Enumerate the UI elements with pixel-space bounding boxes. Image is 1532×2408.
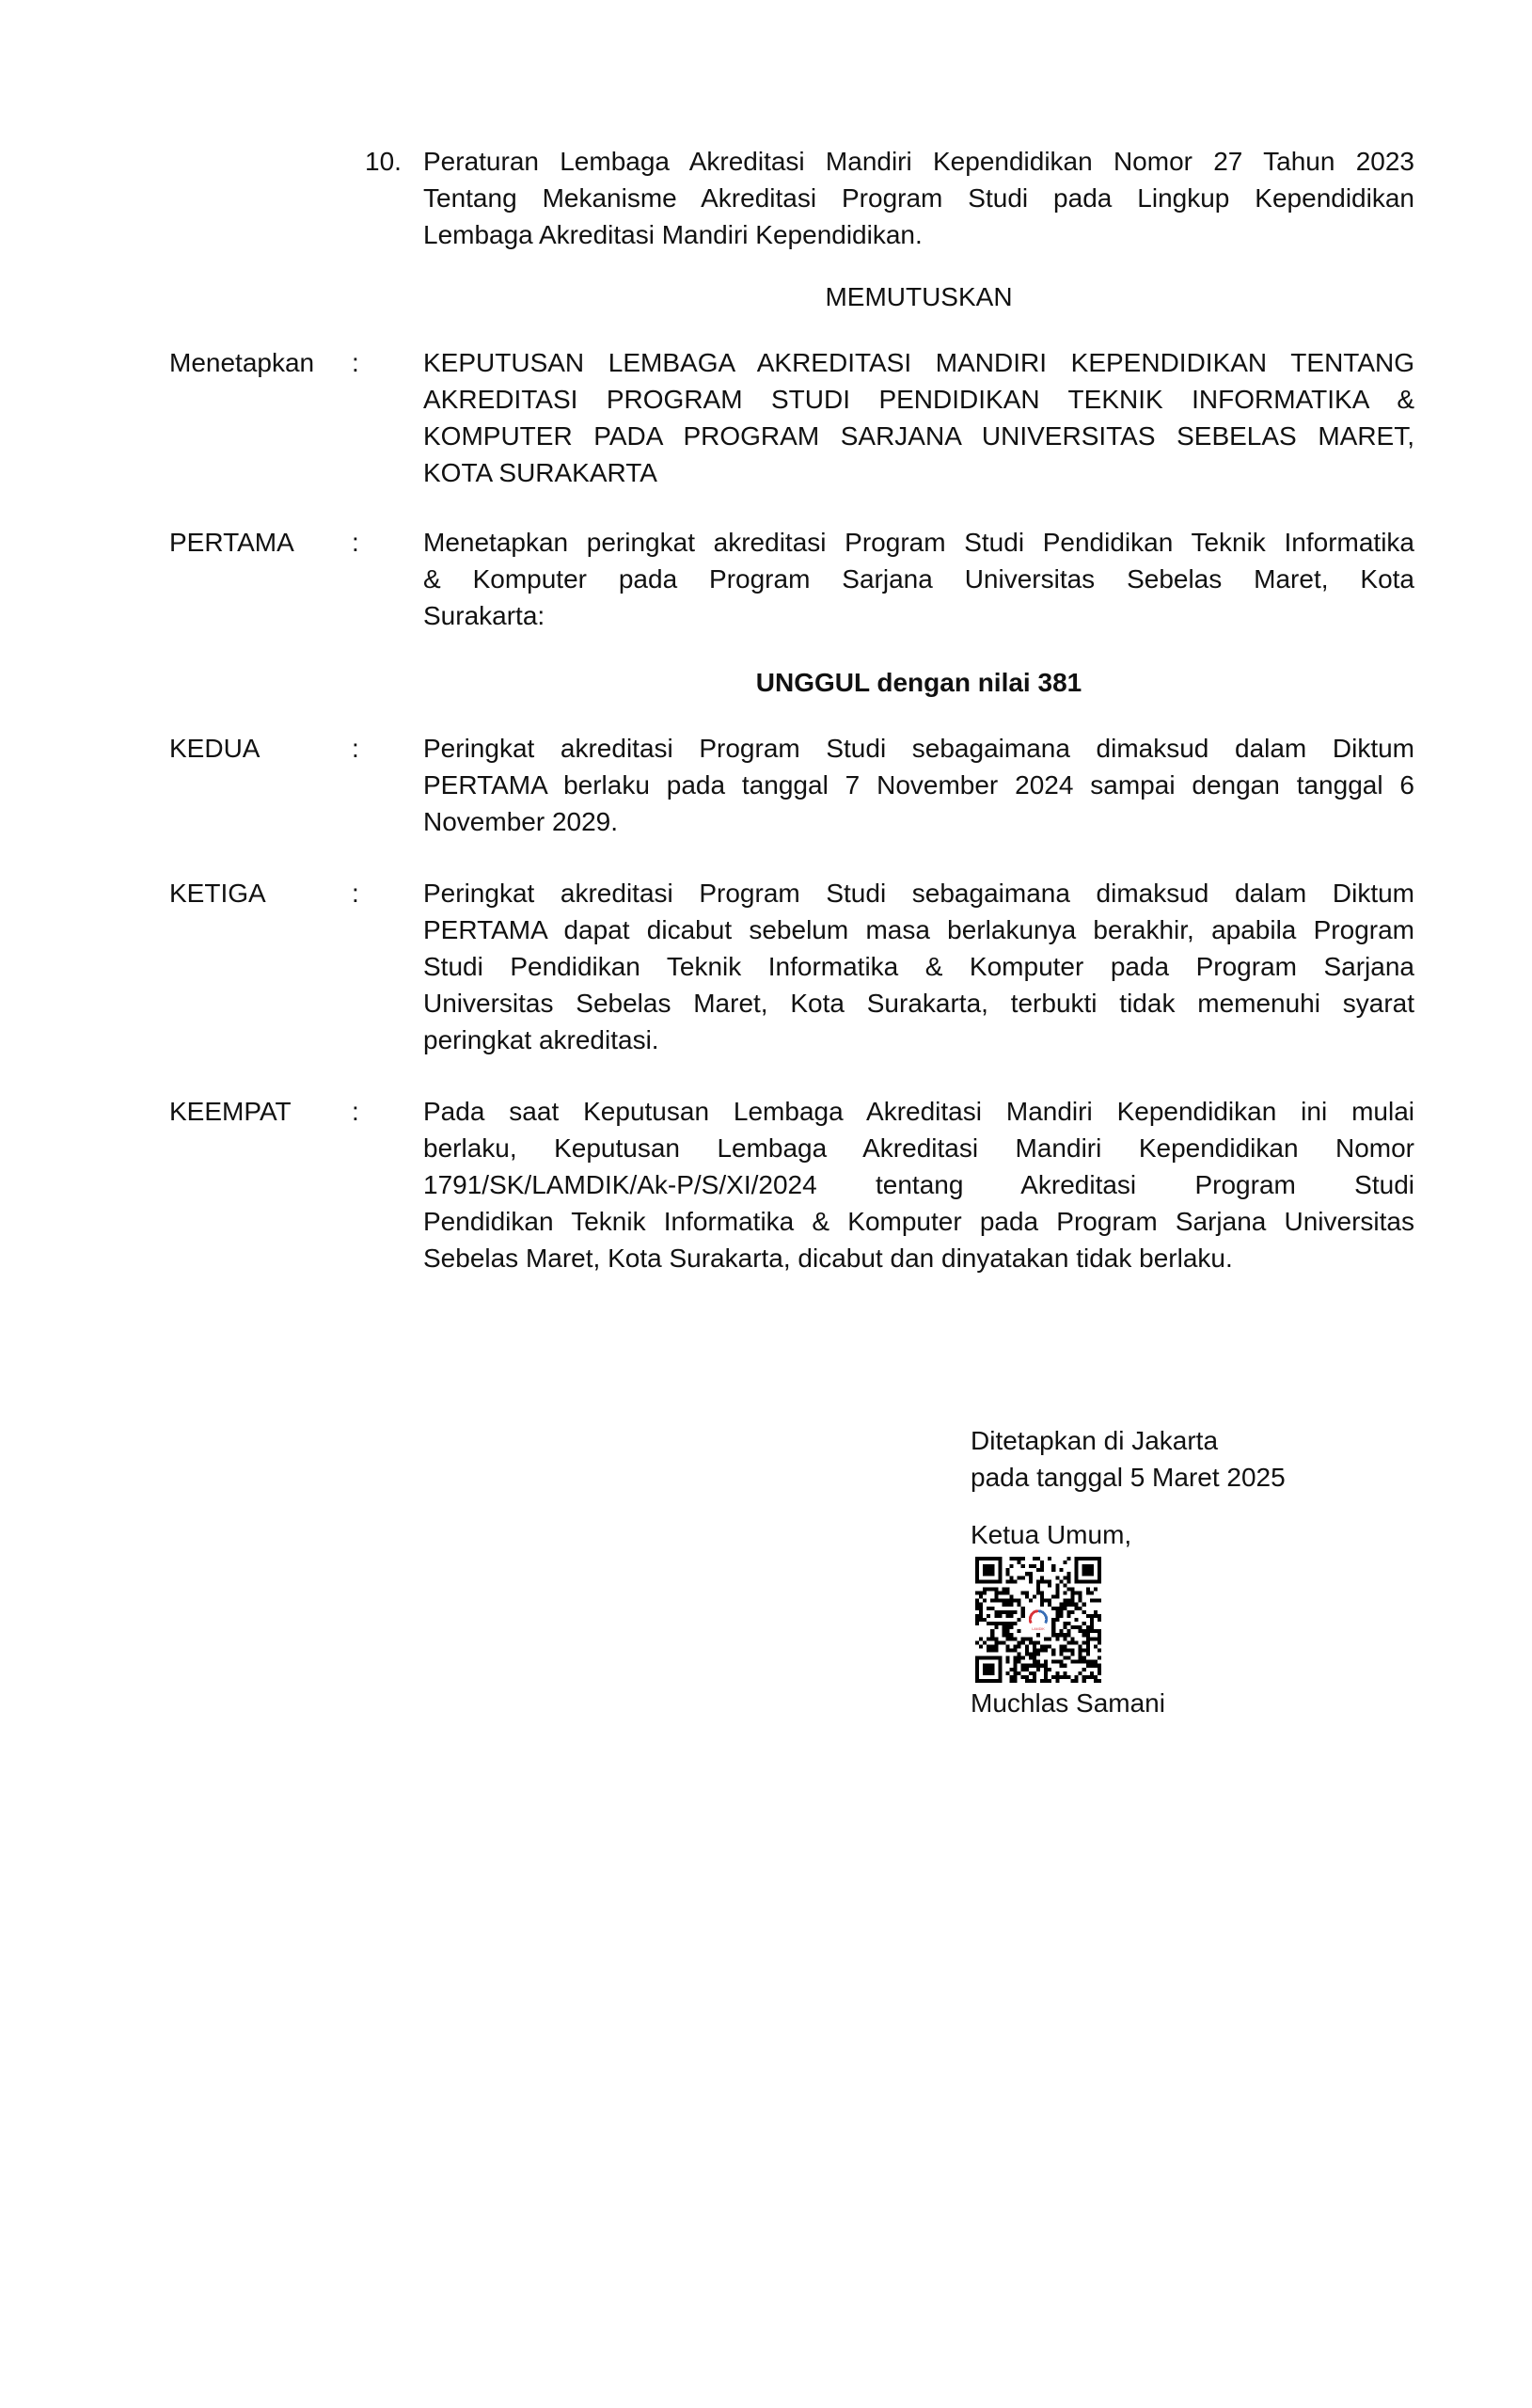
decision-heading: MEMUTUSKAN: [423, 278, 1414, 315]
dictum-label: KEDUA: [169, 730, 348, 767]
dictum-line: berlaku, Keputusan Lembaga Akreditasi Ma…: [423, 1130, 1414, 1166]
signature-place: Ditetapkan di Jakarta: [971, 1422, 1441, 1459]
accreditation-result: UNGGUL dengan nilai 381: [423, 664, 1414, 701]
dictum-kedua: KEDUA : Peringkat akreditasi Program Stu…: [169, 730, 1414, 840]
dictum-line: Studi Pendidikan Teknik Informatika & Ko…: [423, 948, 1414, 985]
reference-line: Peraturan Lembaga Akreditasi Mandiri Kep…: [423, 143, 1414, 180]
reference-number: 10.: [365, 143, 421, 180]
dictum-body: Menetapkan peringkat akreditasi Program …: [423, 524, 1414, 634]
document-page: 10. Peraturan Lembaga Akreditasi Mandiri…: [0, 0, 1532, 2408]
dictum-keempat: KEEMPAT : Pada saat Keputusan Lembaga Ak…: [169, 1093, 1414, 1276]
dictum-line: Menetapkan peringkat akreditasi Program …: [423, 524, 1414, 561]
dictum-colon: :: [352, 1093, 371, 1130]
dictum-label: PERTAMA: [169, 524, 348, 561]
reference-line: Lembaga Akreditasi Mandiri Kependidikan.: [423, 216, 1414, 253]
dictum-label: KEEMPAT: [169, 1093, 348, 1130]
dictum-pertama: PERTAMA : Menetapkan peringkat akreditas…: [169, 524, 1414, 634]
dictum-colon: :: [352, 344, 371, 381]
dictum-line: AKREDITASI PROGRAM STUDI PENDIDIKAN TEKN…: [423, 381, 1414, 418]
dictum-line: KOTA SURAKARTA: [423, 454, 1414, 491]
reference-item-10: 10. Peraturan Lembaga Akreditasi Mandiri…: [365, 143, 1414, 253]
signer-name: Muchlas Samani: [971, 1685, 1441, 1721]
dictum-line: Surakarta:: [423, 597, 1414, 634]
dictum-menetapkan: Menetapkan : KEPUTUSAN LEMBAGA AKREDITAS…: [169, 344, 1414, 491]
dictum-line: KOMPUTER PADA PROGRAM SARJANA UNIVERSITA…: [423, 418, 1414, 454]
qr-code-signature[interactable]: LAMDIK: [975, 1557, 1101, 1683]
dictum-colon: :: [352, 875, 371, 911]
dictum-line: Pada saat Keputusan Lembaga Akreditasi M…: [423, 1093, 1414, 1130]
dictum-line: PERTAMA berlaku pada tanggal 7 November …: [423, 767, 1414, 803]
dictum-body: Pada saat Keputusan Lembaga Akreditasi M…: [423, 1093, 1414, 1276]
signature-title: Ketua Umum,: [971, 1516, 1441, 1553]
dictum-label: KETIGA: [169, 875, 348, 911]
signature-date: pada tanggal 5 Maret 2025: [971, 1459, 1441, 1496]
dictum-line: Pendidikan Teknik Informatika & Komputer…: [423, 1203, 1414, 1240]
reference-line: Tentang Mekanisme Akreditasi Program Stu…: [423, 180, 1414, 216]
signature-block: Ditetapkan di Jakarta pada tanggal 5 Mar…: [971, 1422, 1441, 1721]
dictum-body: KEPUTUSAN LEMBAGA AKREDITASI MANDIRI KEP…: [423, 344, 1414, 491]
dictum-line: peringkat akreditasi.: [423, 1022, 1414, 1058]
qr-code-icon: LAMDIK: [975, 1557, 1101, 1683]
dictum-colon: :: [352, 524, 371, 561]
dictum-line: PERTAMA dapat dicabut sebelum masa berla…: [423, 911, 1414, 948]
dictum-line: Universitas Sebelas Maret, Kota Surakart…: [423, 985, 1414, 1022]
dictum-line: 1791/SK/LAMDIK/Ak-P/S/XI/2024 tentang Ak…: [423, 1166, 1414, 1203]
dictum-line: Peringkat akreditasi Program Studi sebag…: [423, 875, 1414, 911]
dictum-line: November 2029.: [423, 803, 1414, 840]
dictum-label: Menetapkan: [169, 344, 348, 381]
reference-text: Peraturan Lembaga Akreditasi Mandiri Kep…: [423, 143, 1414, 253]
dictum-body: Peringkat akreditasi Program Studi sebag…: [423, 730, 1414, 840]
dictum-line: Peringkat akreditasi Program Studi sebag…: [423, 730, 1414, 767]
svg-text:LAMDIK: LAMDIK: [1032, 1627, 1045, 1631]
dictum-ketiga: KETIGA : Peringkat akreditasi Program St…: [169, 875, 1414, 1058]
dictum-colon: :: [352, 730, 371, 767]
dictum-line: KEPUTUSAN LEMBAGA AKREDITASI MANDIRI KEP…: [423, 344, 1414, 381]
dictum-body: Peringkat akreditasi Program Studi sebag…: [423, 875, 1414, 1058]
dictum-line: Sebelas Maret, Kota Surakarta, dicabut d…: [423, 1240, 1414, 1276]
dictum-line: & Komputer pada Program Sarjana Universi…: [423, 561, 1414, 597]
